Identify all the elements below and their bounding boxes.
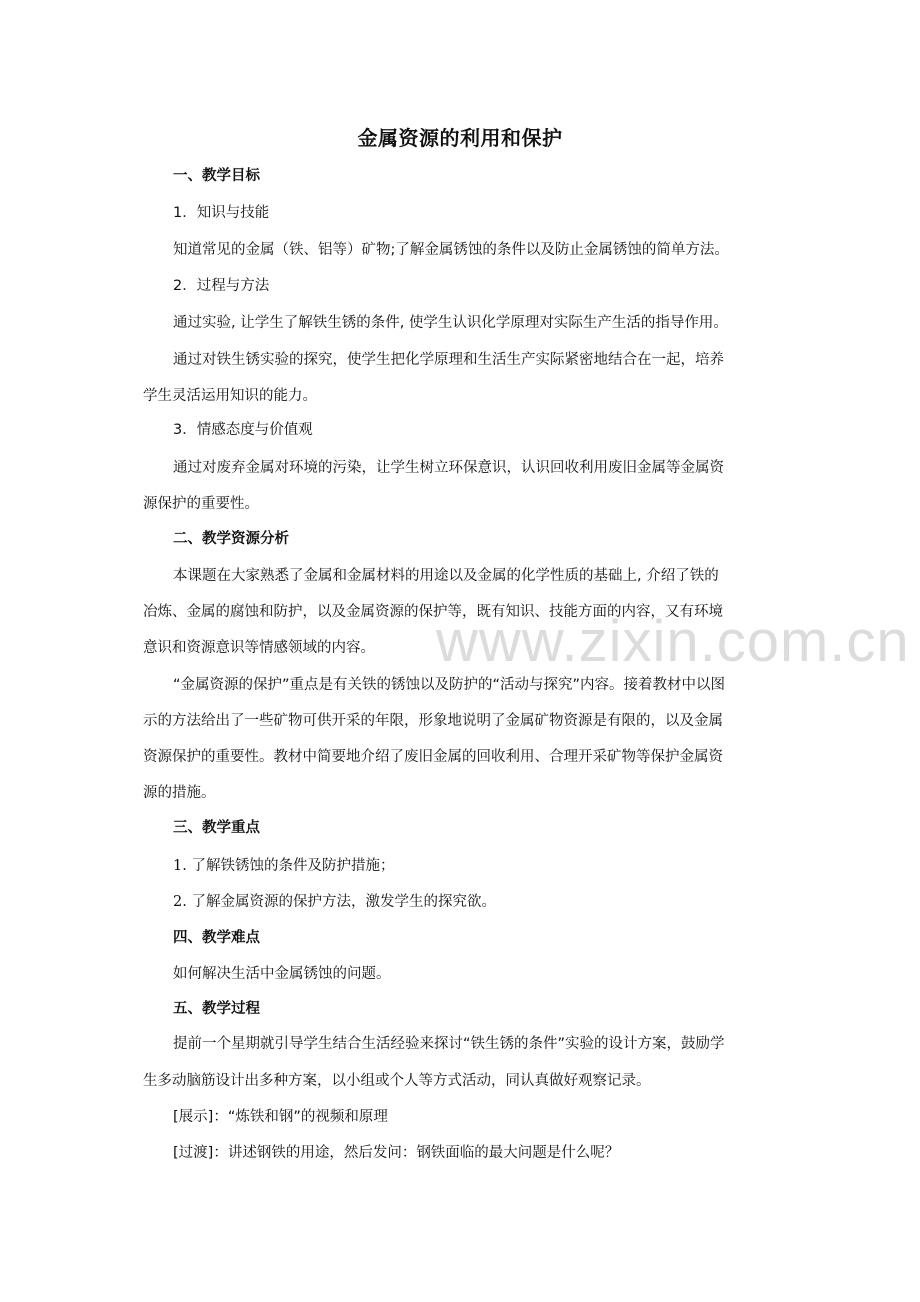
paragraph-continuation: 意识和资源意识等情感领域的内容。 (143, 638, 375, 658)
paragraph-line: 提前一个星期就引导学生结合生活经验来探讨“铁生锈的条件”实验的设计方案，鼓励学 (173, 1034, 725, 1054)
paragraph-continuation: 冶炼、金属的腐蚀和防护，以及金属资源的保护等，既有知识、技能方面的内容，又有环境 (143, 602, 723, 622)
subsection-heading: 1．知识与技能 (173, 203, 269, 223)
paragraph-continuation: 源保护的重要性。 (143, 494, 259, 514)
list-item: 如何解决生活中金属锈蚀的问题。 (173, 964, 391, 984)
paragraph-line: 知道常见的金属（铁、铝等）矿物;了解金属锈蚀的条件以及防止金属锈蚀的简单方法。 (173, 240, 729, 260)
subsection-heading: 2．过程与方法 (173, 276, 269, 296)
paragraph-line: 通过实验, 让学生了解铁生锈的条件, 使学生认识化学原理对实际生产生活的指导作用… (173, 313, 728, 333)
paragraph-line: [过渡]：讲述钢铁的用途，然后发问：钢铁面临的最大问题是什么呢？ (173, 1143, 619, 1163)
section-heading: 三、教学重点 (173, 818, 260, 838)
paragraph-line: [展示]：“炼铁和钢”的视频和原理 (173, 1107, 388, 1127)
paragraph-continuation: 资源保护的重要性。教材中简要地介绍了废旧金属的回收利用、合理开采矿物等保护金属资 (143, 747, 723, 767)
list-item: 1. 了解铁锈蚀的条件及防护措施； (173, 856, 394, 876)
section-heading: 一、教学目标 (173, 166, 260, 186)
paragraph-continuation: 示的方法给出了一些矿物可供开采的年限，形象地说明了金属矿物资源是有限的，以及金属 (143, 711, 723, 731)
document-title: 金属资源的利用和保护 (0, 122, 920, 151)
paragraph-line: 通过对废弃金属对环境的污染，让学生树立环保意识，认识回收利用废旧金属等金属资 (173, 458, 724, 478)
subsection-heading: 3．情感态度与价值观 (173, 420, 313, 440)
section-heading: 五、教学过程 (173, 999, 260, 1019)
list-item: 2. 了解金属资源的保护方法，激发学生的探究欲。 (173, 892, 496, 912)
document-page: www.zixin.com.cn 金属资源的利用和保护 一、教学目标1．知识与技… (0, 0, 920, 1302)
paragraph-continuation: 学生灵活运用知识的能力。 (143, 386, 317, 406)
paragraph-continuation: 生多动脑筋设计出多种方案，以小组或个人等方式活动，同认真做好观察记录。 (143, 1071, 651, 1091)
paragraph-line: 通过对铁生锈实验的探究，使学生把化学原理和生活生产实际紧密地结合在一起，培养 (173, 350, 724, 370)
section-heading: 四、教学难点 (173, 928, 260, 948)
section-heading: 二、教学资源分析 (173, 529, 289, 549)
paragraph-continuation: 源的措施。 (143, 783, 216, 803)
paragraph-line: “金属资源的保护”重点是有关铁的锈蚀以及防护的“活动与探究”内容。接着教材中以图 (173, 675, 725, 695)
paragraph-line: 本课题在大家熟悉了金属和金属材料的用途以及金属的化学性质的基础上, 介绍了铁的 (173, 566, 719, 586)
